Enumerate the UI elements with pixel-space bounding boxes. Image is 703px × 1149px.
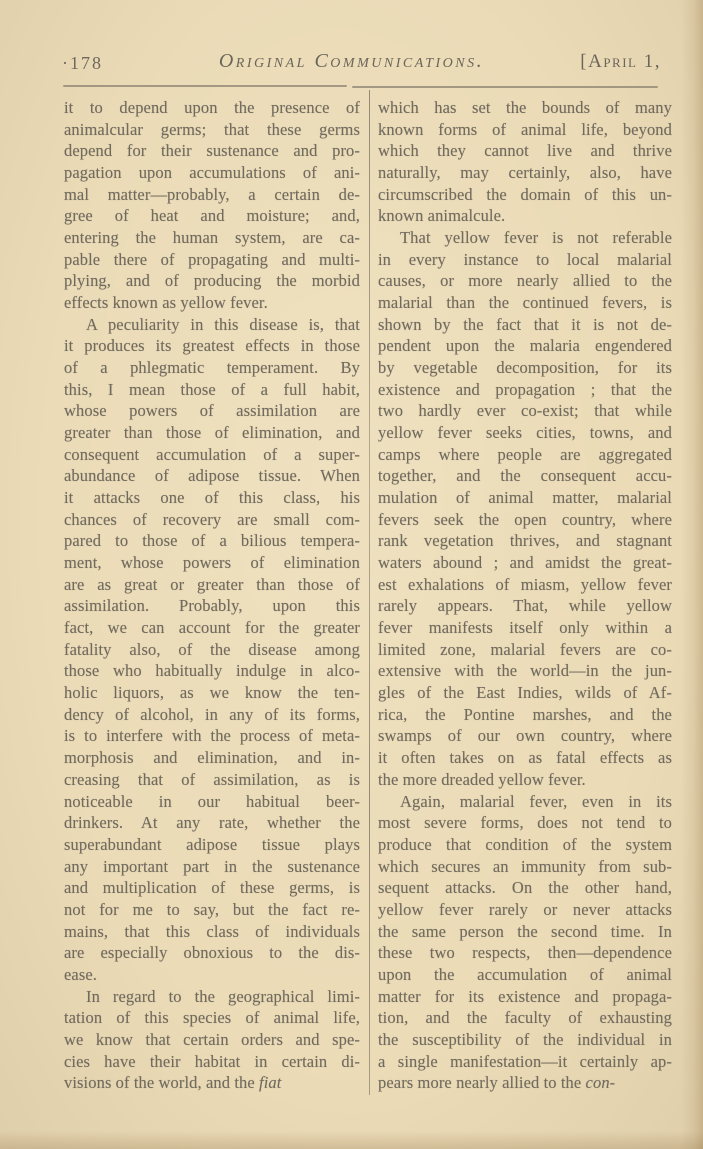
- text-line: matter for its existence and propaga-: [378, 986, 672, 1008]
- text-line: est exhalations of miasm, yellow fever: [378, 574, 672, 596]
- text-line: creasing that of assimilation, as is: [64, 769, 360, 791]
- text-line: tation of this species of animal life,: [64, 1007, 360, 1029]
- text-line: rarely appears. That, while yellow: [378, 595, 672, 617]
- text-line: this, I mean those of a full habit,: [64, 379, 360, 401]
- text-line: together, and the consequent accu-: [378, 465, 672, 487]
- text-line: effects known as yellow fever.: [64, 292, 360, 314]
- text-line: morphosis and elimination, and in-: [64, 747, 360, 769]
- text-line: gree of heat and moisture; and,: [64, 205, 360, 227]
- text-line: animalcular germs; that these germs: [64, 119, 360, 141]
- text-line: it produces its greatest effects in thos…: [64, 335, 360, 357]
- text-line: the more dreaded yellow fever.: [378, 769, 672, 791]
- text-line: visions of the world, and the fiat: [64, 1072, 360, 1094]
- page-header: ·178 Original Communications. [April 1,: [0, 50, 703, 80]
- text-line: shown by the fact that it is not de-: [378, 314, 672, 336]
- text-line: are as great or greater than those of: [64, 574, 360, 596]
- text-line: plying, and of producing the morbid: [64, 270, 360, 292]
- text-line: waters abound ; and amidst the great-: [378, 552, 672, 574]
- text-line: two hardly ever co-exist; that while: [378, 400, 672, 422]
- text-line: extensive with the world—in the jun-: [378, 660, 672, 682]
- text-line: not for me to say, but the fact re-: [64, 899, 360, 921]
- text-line: dency of alcohol, in any of its forms,: [64, 704, 360, 726]
- text-line: gles of the East Indies, wilds of Af-: [378, 682, 672, 704]
- text-line: mal matter—probably, a certain de-: [64, 184, 360, 206]
- text-line: we know that certain orders and spe-: [64, 1029, 360, 1051]
- paragraph: Again, malarial fever, even in itsmost s…: [378, 791, 672, 1094]
- text-line: Again, malarial fever, even in its: [378, 791, 672, 813]
- paragraph: A peculiarity in this disease is, thatit…: [64, 314, 360, 986]
- header-rule-left: [63, 85, 347, 87]
- text-line: yellow fever rarely or never attacks: [378, 899, 672, 921]
- text-line: chances of recovery are small com-: [64, 509, 360, 531]
- paragraph: which has set the bounds of manyknown fo…: [378, 97, 672, 227]
- text-line: abundance of adipose tissue. When: [64, 465, 360, 487]
- text-line: causes, or more nearly allied to the: [378, 270, 672, 292]
- text-line: those who habitually indulge in alco-: [64, 660, 360, 682]
- text-line: consequent accumulation of a super-: [64, 444, 360, 466]
- text-line: fact, we can account for the greater: [64, 617, 360, 639]
- text-line: yellow fever seeks cities, towns, and: [378, 422, 672, 444]
- text-line: sequent attacks. On the other hand,: [378, 877, 672, 899]
- text-line: existence and propagation ; that the: [378, 379, 672, 401]
- paragraph: That yellow fever is not referablein eve…: [378, 227, 672, 790]
- text-line: fevers seek the open country, where: [378, 509, 672, 531]
- text-line: In regard to the geographical limi-: [64, 986, 360, 1008]
- text-line: it attacks one of this class, his: [64, 487, 360, 509]
- text-line: greater than those of elimination, and: [64, 422, 360, 444]
- text-line: upon the accumulation of animal: [378, 964, 672, 986]
- text-line: assimilation. Probably, upon this: [64, 595, 360, 617]
- text-line: fatality also, of the disease among: [64, 639, 360, 661]
- text-line: fever manifests itself only within a: [378, 617, 672, 639]
- text-line: any important part in the sustenance: [64, 856, 360, 878]
- text-line: pared to those of a bilious tempera-: [64, 530, 360, 552]
- text-line: cies have their habitat in certain di-: [64, 1051, 360, 1073]
- text-line: camps where people are aggregated: [378, 444, 672, 466]
- text-line: which secures an immunity from sub-: [378, 856, 672, 878]
- text-line: produce that condition of the system: [378, 834, 672, 856]
- text-line: swamps of our own country, where: [378, 725, 672, 747]
- text-line: limited zone, malarial fevers are co-: [378, 639, 672, 661]
- text-line: by vegetable decomposition, for its: [378, 357, 672, 379]
- text-line: the susceptibility of the individual in: [378, 1029, 672, 1051]
- text-line: ease.: [64, 964, 360, 986]
- text-line: depend for their sustenance and pro-: [64, 140, 360, 162]
- text-line: known animalcule.: [378, 205, 672, 227]
- text-line: naturally, may certainly, also, have: [378, 162, 672, 184]
- text-line: and multiplication of these germs, is: [64, 877, 360, 899]
- text-line: is to interfere with the process of meta…: [64, 725, 360, 747]
- text-line: A peculiarity in this disease is, that: [64, 314, 360, 336]
- paragraph: In regard to the geographical limi-tatio…: [64, 986, 360, 1094]
- text-line: drinkers. At any rate, whether the: [64, 812, 360, 834]
- left-column: it to depend upon the presence ofanimalc…: [64, 97, 360, 1094]
- paragraph: it to depend upon the presence ofanimalc…: [64, 97, 360, 314]
- text-line: tion, and the faculty of exhausting: [378, 1007, 672, 1029]
- text-line: pable there of propagating and multi-: [64, 249, 360, 271]
- text-line: circumscribed the domain of this un-: [378, 184, 672, 206]
- text-line: the same person the second time. In: [378, 921, 672, 943]
- text-line: malarial than the continued fevers, is: [378, 292, 672, 314]
- text-line: rank vegetation thrives, and stagnant: [378, 530, 672, 552]
- column-divider: [369, 90, 370, 1095]
- text-line: pendent upon the malaria engendered: [378, 335, 672, 357]
- text-line: a single manifestation—it certainly ap-: [378, 1051, 672, 1073]
- text-line: it often takes on as fatal effects as: [378, 747, 672, 769]
- text-line: known forms of animal life, beyond: [378, 119, 672, 141]
- text-line: are especially obnoxious to the dis-: [64, 942, 360, 964]
- text-line: mulation of animal matter, malarial: [378, 487, 672, 509]
- text-line: entering the human system, are ca-: [64, 227, 360, 249]
- text-line: which has set the bounds of many: [378, 97, 672, 119]
- text-line: ment, whose powers of elimination: [64, 552, 360, 574]
- text-line: of a phlegmatic temperament. By: [64, 357, 360, 379]
- text-line: pears more nearly allied to the con-: [378, 1072, 672, 1094]
- text-line: superabundant adipose tissue plays: [64, 834, 360, 856]
- right-column: which has set the bounds of manyknown fo…: [378, 97, 672, 1094]
- header-rule-right: [352, 86, 658, 88]
- text-line: rica, the Pontine marshes, and the: [378, 704, 672, 726]
- text-line: holic liquors, as we know the ten-: [64, 682, 360, 704]
- text-line: whose powers of assimilation are: [64, 400, 360, 422]
- text-line: these two respects, then—dependence: [378, 942, 672, 964]
- text-line: That yellow fever is not referable: [378, 227, 672, 249]
- text-line: mains, that this class of individuals: [64, 921, 360, 943]
- journal-page: ·178 Original Communications. [April 1, …: [0, 0, 703, 1149]
- text-line: most severe forms, does not tend to: [378, 812, 672, 834]
- text-line: it to depend upon the presence of: [64, 97, 360, 119]
- text-line: pagation upon accumulations of ani-: [64, 162, 360, 184]
- text-line: which they cannot live and thrive: [378, 140, 672, 162]
- issue-date: [April 1,: [580, 51, 661, 73]
- text-line: in every instance to local malarial: [378, 249, 672, 271]
- text-line: noticeable in our habitual beer-: [64, 791, 360, 813]
